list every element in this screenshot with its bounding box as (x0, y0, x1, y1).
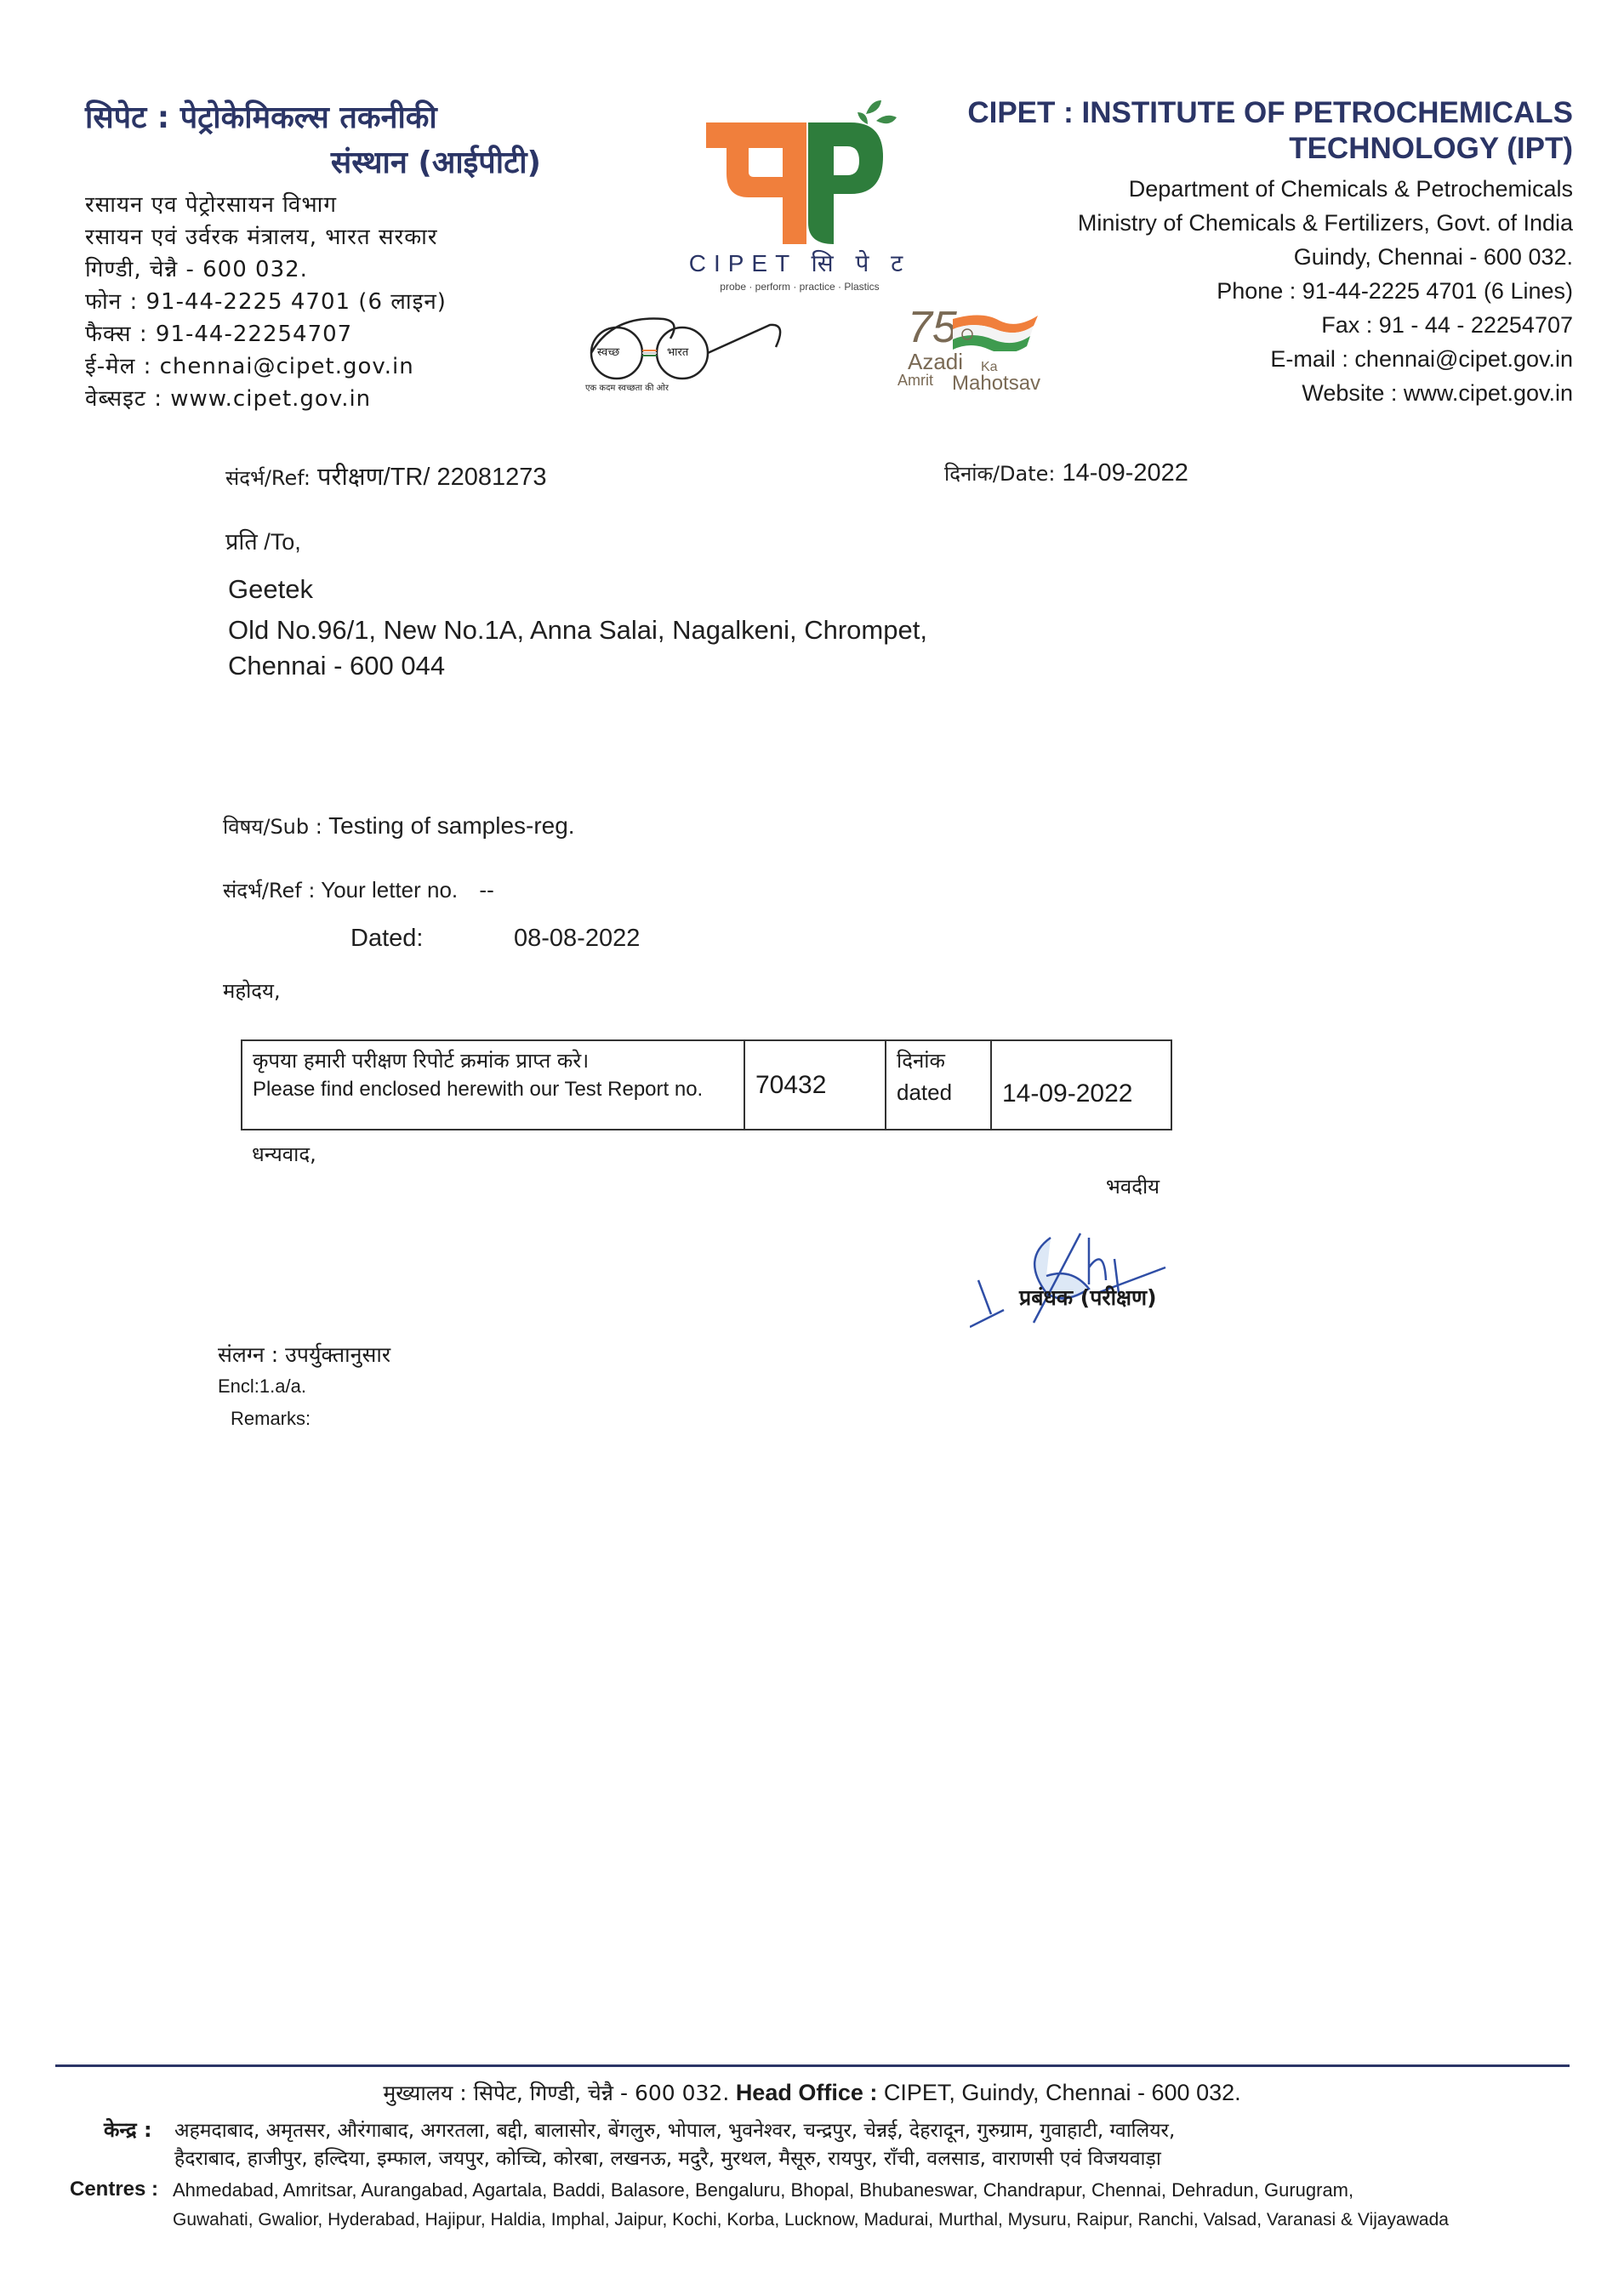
hindi-website-line: वेब्सइट : www.cipet.gov.in (85, 383, 544, 415)
date-line: दिनांक/Date: 14-09-2022 (944, 459, 1188, 487)
institute-title-hindi-line1: सिपेट : पेट्रोकेमिकल्स तकनीकी (85, 95, 544, 137)
hindi-dept-line: रसायन एव पेट्रोरसायन विभाग (85, 189, 544, 221)
hindi-email-line: ई-मेल : chennai@cipet.gov.in (85, 350, 544, 383)
subject-line: विषय/Sub : Testing of samples-reg. (223, 812, 575, 840)
email-line: E-mail : chennai@cipet.gov.in (892, 342, 1573, 376)
head-office-label: Head Office : (736, 2080, 878, 2105)
hindi-address-line: गिण्डी, चेन्नै - 600 032. (85, 253, 544, 286)
enclosure: Encl:1.a/a. (218, 1375, 306, 1398)
ref-value: परीक्षण/TR/ 22081273 (317, 464, 546, 491)
head-office-value: CIPET, Guindy, Chennai - 600 032. (884, 2080, 1241, 2105)
swachh-tagline: एक कदम स्वच्छता की ओर (585, 381, 669, 393)
report-number-cell: 70432 (744, 1040, 886, 1130)
fax-line: Fax : 91 - 44 - 22254707 (892, 308, 1573, 342)
salutation: महोदय, (223, 977, 281, 1005)
centres-hindi-line2: हैदराबाद, हाजीपुर, हल्दिया, इम्फाल, जयपु… (174, 2144, 1161, 2171)
header-hindi: सिपेट : पेट्रोकेमिकल्स तकनीकी संस्थान (आ… (85, 95, 544, 415)
recipient-address-line2: Chennai - 600 044 (228, 651, 445, 681)
logo-caption: CIPET सि पे ट probe · perform · practice… (681, 247, 919, 293)
report-message-hindi: कृपया हमारी परीक्षण रिपोर्ट क्रमांक प्रा… (253, 1046, 733, 1074)
signatory-title: प्रबंधक (परीक्षण) (1019, 1283, 1157, 1312)
centres-label: Centres : (70, 2178, 158, 2201)
report-message-english: Please find enclosed herewith our Test R… (253, 1078, 733, 1102)
dated-english: dated (897, 1079, 980, 1106)
head-office-hindi: मुख्यालय : सिपेट, गिण्डी, चेन्नै - 600 0… (383, 2081, 729, 2105)
ref2-value: Your letter no. (321, 877, 458, 903)
header-english: CIPET : INSTITUTE OF PETROCHEMICALS TECH… (892, 95, 1573, 410)
report-message-cell: कृपया हमारी परीक्षण रिपोर्ट क्रमांक प्रा… (242, 1040, 744, 1130)
your-letter-line: संदर्भ/Ref : Your letter no. -- (223, 876, 494, 904)
swachh-left-text: स्वच्छ (597, 344, 619, 359)
to-label: प्रति /To, (225, 525, 301, 556)
swachh-bharat-logo: स्वच्छ भारत (578, 306, 783, 391)
institute-title-hindi-line2: संस्थान (आईपीटी) (85, 140, 544, 182)
head-office-line: मुख्यालय : सिपेट, गिण्डी, चेन्नै - 600 0… (0, 2078, 1624, 2107)
subject-label: विषय/Sub : (223, 815, 322, 839)
institute-title-line2: TECHNOLOGY (IPT) (892, 131, 1573, 167)
date-value: 14-09-2022 (1063, 459, 1188, 487)
thanks: धन्यवाद, (252, 1140, 316, 1168)
phone-line: Phone : 91-44-2225 4701 (6 Lines) (892, 274, 1573, 308)
ministry-line: Ministry of Chemicals & Fertilizers, Gov… (892, 206, 1573, 240)
hindi-fax-line: फैक्स : 91-44-22254707 (85, 318, 544, 350)
dated-hindi: दिनांक (897, 1046, 980, 1074)
logo-name: CIPET सि पे ट (681, 247, 919, 279)
signature-icon (970, 1187, 1174, 1340)
dated-value: 08-08-2022 (514, 925, 640, 953)
enclosure-hindi: संलग्न : उपर्युक्तानुसार (218, 1340, 390, 1369)
ref-label: संदर्भ/Ref: (225, 466, 311, 490)
centres-line2: Guwahati, Gwalior, Hyderabad, Hajipur, H… (173, 2210, 1449, 2230)
table-row: कृपया हमारी परीक्षण रिपोर्ट क्रमांक प्रा… (242, 1040, 1171, 1130)
swachh-right-text: भारत (667, 344, 688, 359)
centres-hindi-label: केन्द्र : (104, 2116, 152, 2144)
recipient-name: Geetek (228, 574, 313, 605)
report-date-cell: 14-09-2022 (991, 1040, 1171, 1130)
recipient-address-line1: Old No.96/1, New No.1A, Anna Salai, Naga… (228, 615, 927, 646)
date-label: दिनांक/Date: (944, 462, 1055, 486)
remarks-label: Remarks: (231, 1408, 311, 1430)
logo-tagline: probe · perform · practice · Plastics (681, 281, 919, 293)
report-table: कृपया हमारी परीक्षण रिपोर्ट क्रमांक प्रा… (241, 1039, 1172, 1130)
reference-line: संदर्भ/Ref: परीक्षण/TR/ 22081273 (225, 459, 547, 493)
centres-hindi-line1: अहमदाबाद, अमृतसर, औरंगाबाद, अगरतला, बद्द… (174, 2116, 1175, 2143)
hindi-phone-line: फोन : 91-44-2225 4701 (6 लाइन) (85, 286, 544, 318)
website-line: Website : www.cipet.gov.in (892, 376, 1573, 410)
institute-title-line1: CIPET : INSTITUTE OF PETROCHEMICALS (892, 95, 1573, 131)
hindi-ministry-line: रसायन एवं उर्वरक मंत्रालय, भारत सरकार (85, 221, 544, 253)
subject-value: Testing of samples-reg. (328, 812, 574, 839)
centres-line1: Ahmedabad, Amritsar, Aurangabad, Agartal… (173, 2179, 1353, 2201)
dated-cell: दिनांक dated (886, 1040, 991, 1130)
footer-divider (55, 2064, 1570, 2067)
dept-line: Department of Chemicals & Petrochemicals (892, 172, 1573, 206)
ref2-number: -- (479, 877, 493, 903)
ref2-label: संदर्भ/Ref : (223, 879, 315, 903)
dated-label: Dated: (350, 925, 423, 953)
address-line: Guindy, Chennai - 600 032. (892, 240, 1573, 274)
